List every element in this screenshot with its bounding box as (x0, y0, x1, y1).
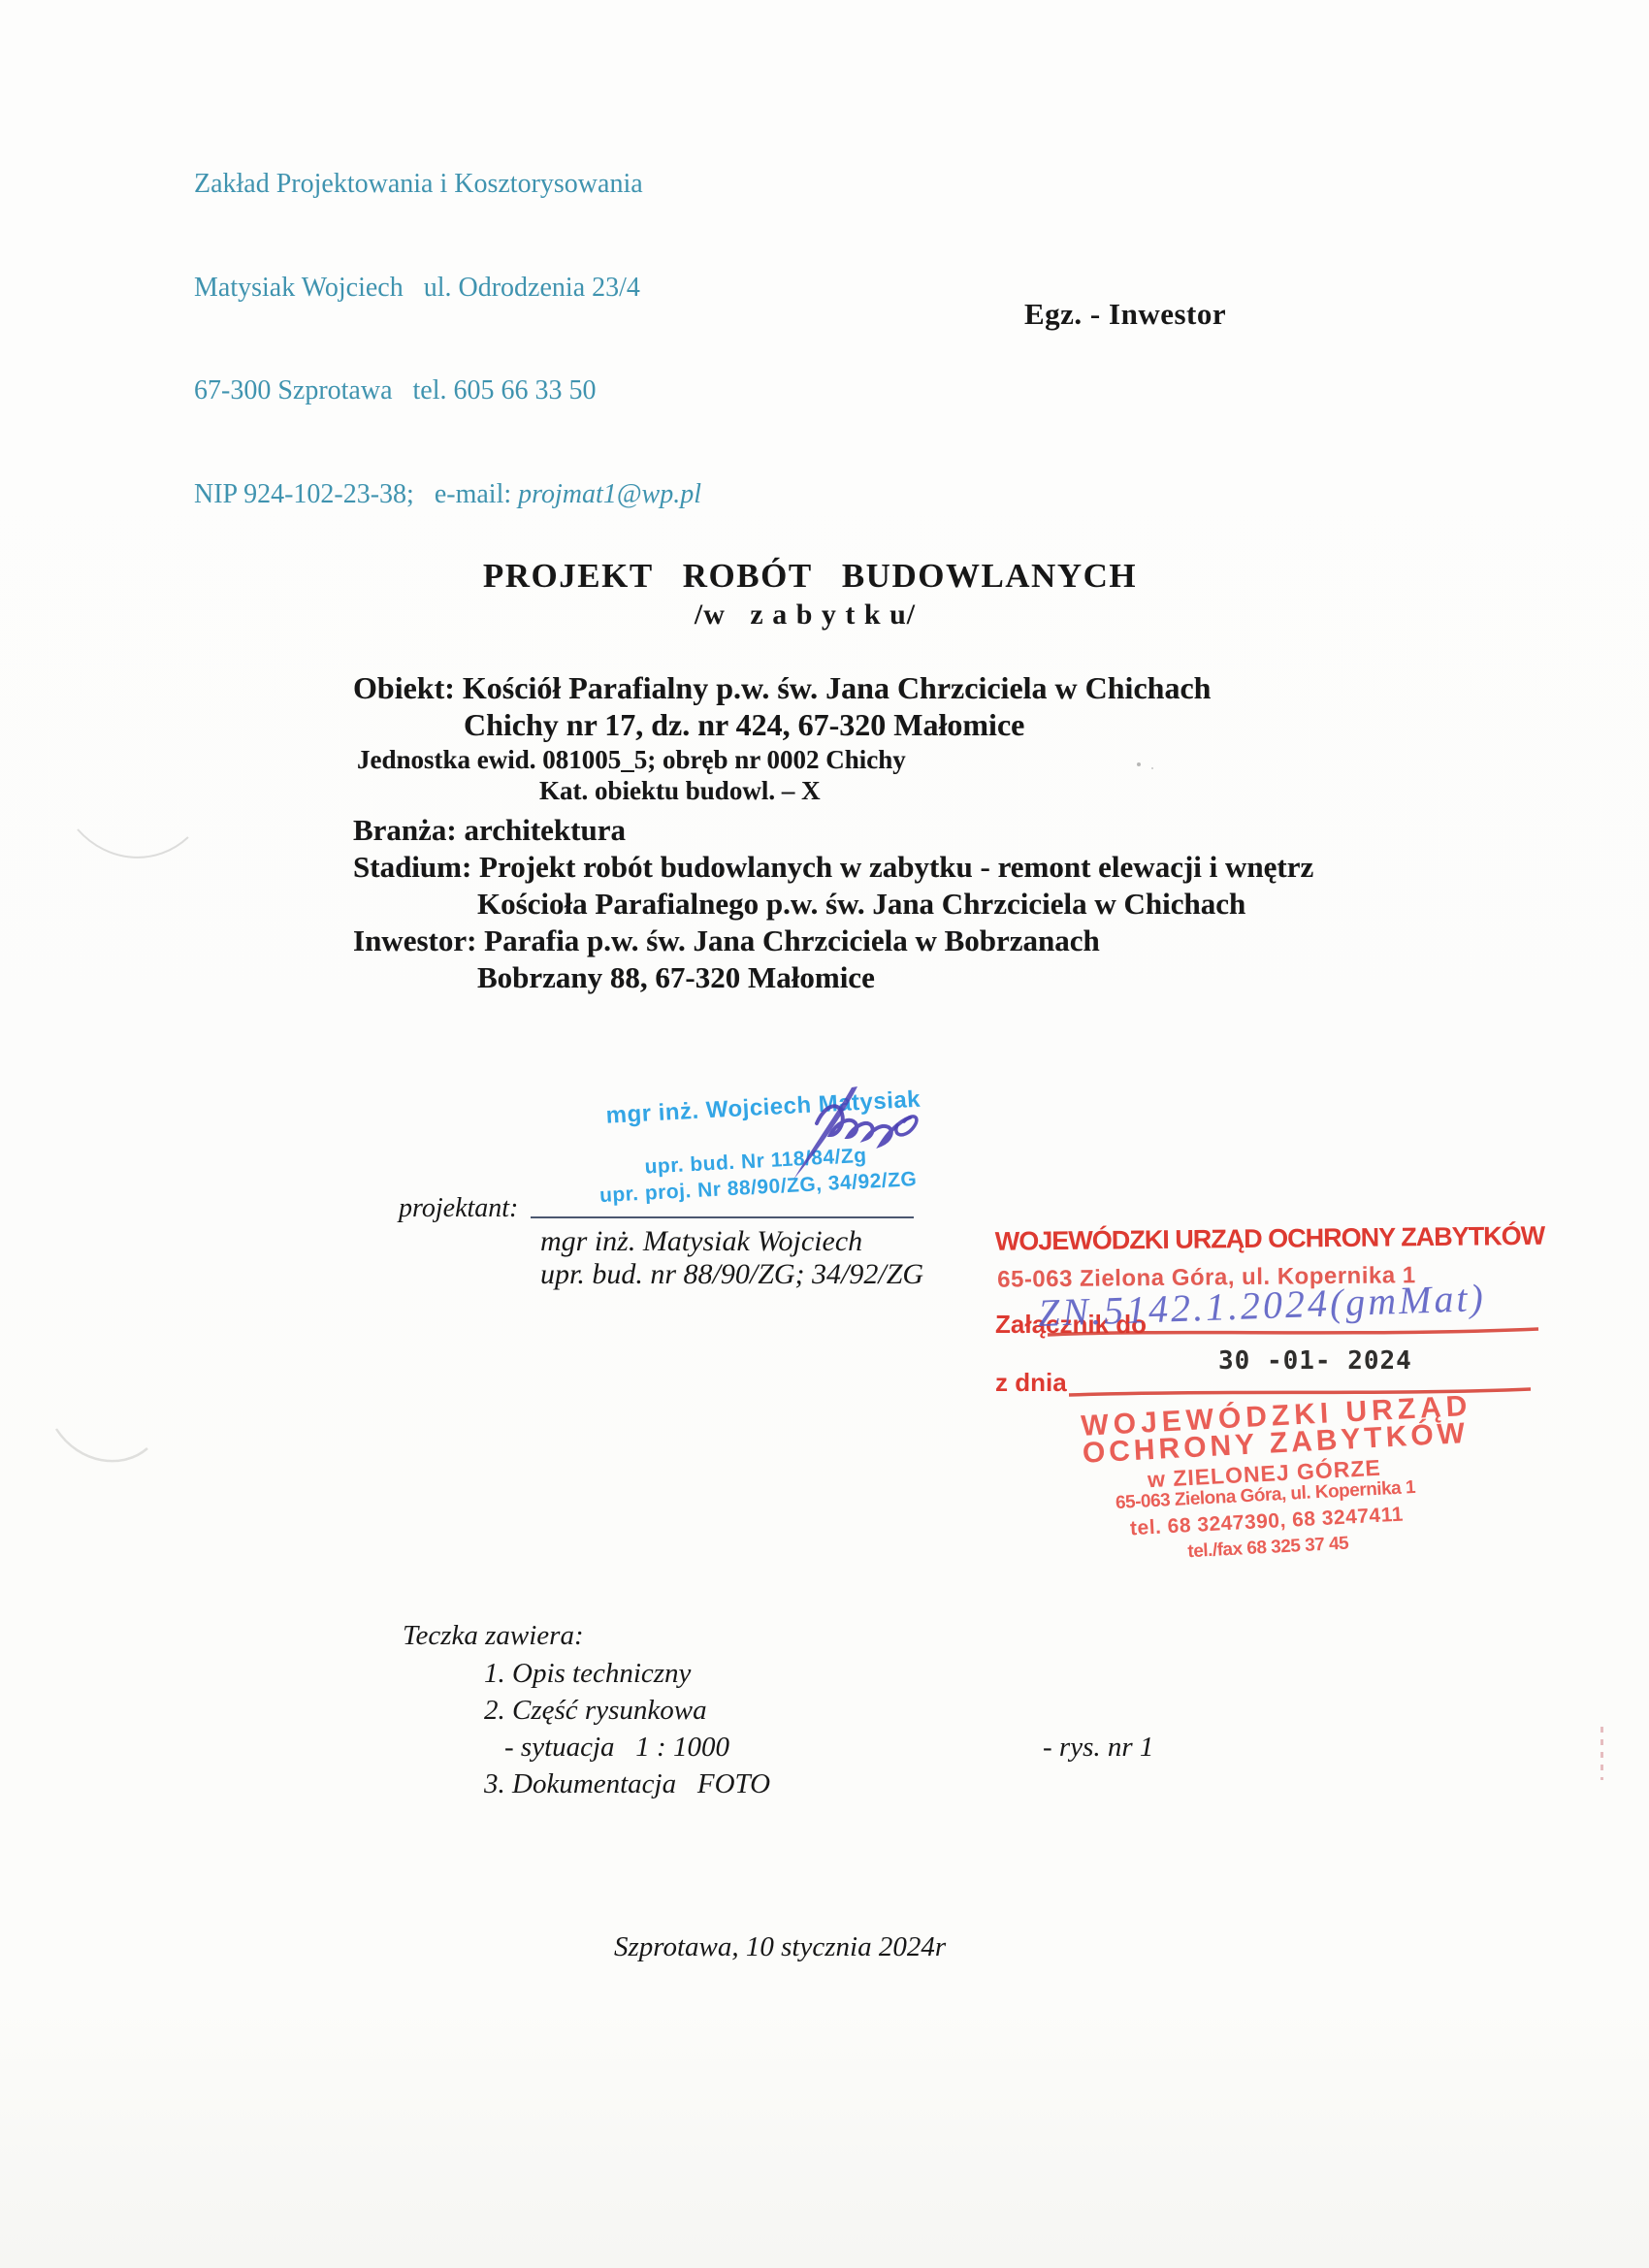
letterhead: Zakład Projektowania i Kosztorysowania M… (194, 98, 701, 580)
letterhead-company: Zakład Projektowania i Kosztorysowania (194, 167, 701, 202)
scanned-document-page: Zakład Projektowania i Kosztorysowania M… (0, 0, 1649, 2268)
letterhead-nip-email: NIP 924-102-23-38; e-mail: projmat1@wp.p… (194, 477, 701, 512)
signature-ink (749, 1081, 933, 1187)
document-title: PROJEKT ROBÓT BUDOWLANYCH (483, 557, 1137, 596)
detail-stage: Stadium: Projekt robót budowlanych w zab… (353, 850, 1313, 885)
detail-registry-unit: Jednostka ewid. 081005_5; obręb nr 0002 … (357, 745, 906, 775)
scan-artifact-edge-marks (1600, 1727, 1603, 1780)
detail-stage-continued: Kościoła Parafialnego p.w. św. Jana Chrz… (477, 887, 1245, 922)
detail-investor: Inwestor: Parafia p.w. św. Jana Chrzcici… (353, 923, 1100, 958)
detail-branch: Branża: architektura (353, 813, 626, 848)
letterhead-nip: NIP 924-102-23-38; e-mail: (194, 479, 518, 509)
detail-object-address: Chichy nr 17, dz. nr 424, 67-320 Małomic… (464, 707, 1024, 743)
designer-name: mgr inż. Matysiak Wojciech (540, 1225, 862, 1258)
detail-building-category: Kat. obiektu budowl. – X (539, 776, 821, 806)
date-ink-stamp: 30 -01- 2024 (1218, 1346, 1412, 1376)
copy-number-label: Egz. - Inwestor (1024, 297, 1226, 332)
designer-credentials: upr. bud. nr 88/90/ZG; 34/92/ZG (540, 1258, 923, 1291)
detail-object: Obiekt: Kościół Parafialny p.w. św. Jana… (353, 670, 1211, 706)
place-and-date: Szprotawa, 10 stycznia 2024r (614, 1931, 946, 1963)
letterhead-city-phone: 67-300 Szprotawa tel. 605 66 33 50 (194, 373, 701, 408)
designer-label: projektant: (399, 1193, 518, 1224)
contents-item-2: 2. Część rysunkowa (484, 1695, 707, 1727)
red-underline (1046, 1325, 1540, 1339)
scan-artifact-curve (50, 1411, 157, 1479)
contents-item-3: 3. Dokumentacja FOTO (484, 1768, 770, 1800)
office-stamp-name: WOJEWÓDZKI URZĄD OCHRONY ZABYTKÓW (995, 1221, 1545, 1257)
heritage-office-address-stamp: WOJEWÓDZKI URZĄD OCHRONY ZABYTKÓW w ZIEL… (1081, 1391, 1450, 1579)
scan-artifact-dots (1137, 762, 1141, 766)
scan-artifact-curve (70, 818, 196, 876)
contents-item-2a-drawing-ref: - rys. nr 1 (1043, 1732, 1153, 1764)
letterhead-email: projmat1@wp.pl (518, 479, 701, 509)
letterhead-owner-address: Matysiak Wojciech ul. Odrodzenia 23/4 (194, 271, 701, 306)
detail-investor-address: Bobrzany 88, 67-320 Małomice (477, 960, 875, 995)
contents-item-2a: - sytuacja 1 : 1000 (504, 1732, 729, 1764)
document-subtitle: /w z a b y t k u/ (695, 599, 916, 632)
contents-heading: Teczka zawiera: (403, 1620, 584, 1652)
attachment-date-label: z dnia (995, 1368, 1067, 1398)
signature-line (531, 1216, 914, 1218)
contents-item-1: 1. Opis techniczny (484, 1658, 691, 1690)
